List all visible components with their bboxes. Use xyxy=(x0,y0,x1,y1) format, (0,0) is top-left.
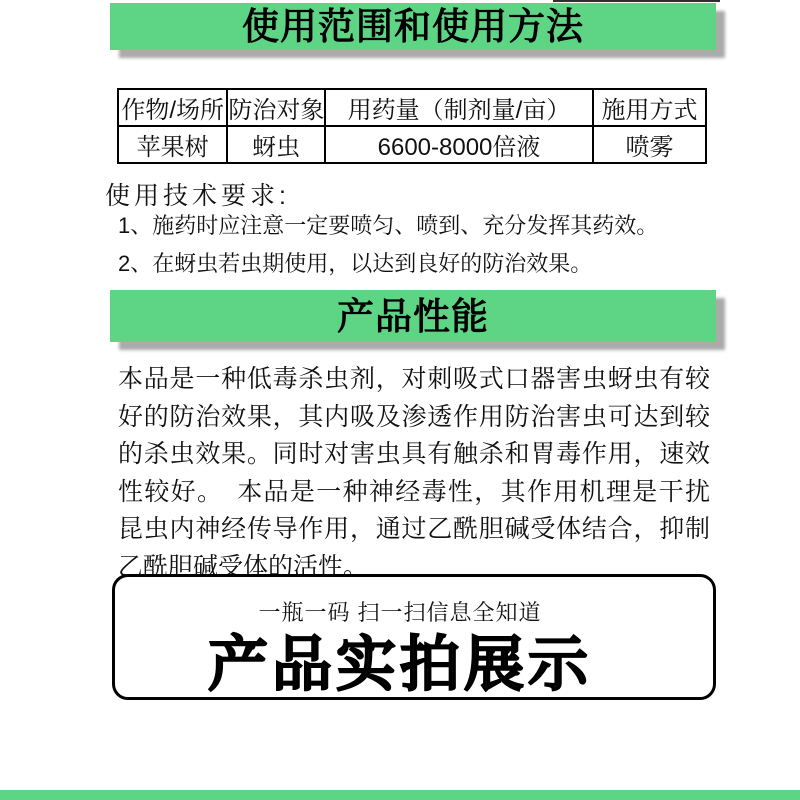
header-control-target: 防治对象 xyxy=(227,89,325,126)
tech-requirement-item-1: 1、施药时应注意一定要喷匀、喷到、充分发挥其药效。 xyxy=(118,213,718,239)
performance-line: 性较好。 本品是一种神经毒性，其作用机理是干扰 xyxy=(118,474,710,512)
bottom-banner-strip xyxy=(0,790,800,800)
performance-section-banner: 产品性能 xyxy=(110,290,716,342)
cell-dosage: 6600-8000倍液 xyxy=(325,126,593,163)
performance-line: 的杀虫效果。同时对害虫具有触杀和胃毒作用，速效 xyxy=(118,436,710,474)
usage-table-data-row: 苹果树 蚜虫 6600-8000倍液 喷雾 xyxy=(118,126,706,163)
usage-section-banner: 使用范围和使用方法 xyxy=(110,3,716,50)
cell-control-target: 蚜虫 xyxy=(227,126,325,163)
usage-table-header-row: 作物/场所 防治对象 用药量（制剂量/亩） 施用方式 xyxy=(118,89,706,126)
tech-requirements-list: 1、施药时应注意一定要喷匀、喷到、充分发挥其药效。 2、在蚜虫若虫期使用，以达到… xyxy=(118,213,718,289)
header-application-method: 施用方式 xyxy=(593,89,706,126)
performance-section-title: 产品性能 xyxy=(337,298,489,335)
tech-requirements-heading: 使用技术要求: xyxy=(105,176,290,212)
performance-line: 昆虫内神经传导作用，通过乙酰胆碱受体结合，抑制 xyxy=(118,511,710,549)
header-crop-location: 作物/场所 xyxy=(118,89,227,126)
header-dosage: 用药量（制剂量/亩） xyxy=(325,89,593,126)
performance-paragraph: 本品是一种低毒杀虫剂，对刺吸式口器害虫蚜虫有较 好的防治效果，其内吸及渗透作用防… xyxy=(118,361,710,586)
usage-table: 作物/场所 防治对象 用药量（制剂量/亩） 施用方式 苹果树 蚜虫 6600-8… xyxy=(117,88,707,164)
product-label-page: 使用范围和使用方法 作物/场所 防治对象 用药量（制剂量/亩） 施用方式 苹果树… xyxy=(0,0,800,800)
showcase-subtitle: 一瓶一码 扫一扫信息全知道 xyxy=(0,596,800,627)
usage-section-title: 使用范围和使用方法 xyxy=(242,8,584,45)
cell-crop-location: 苹果树 xyxy=(118,126,227,163)
tech-requirement-item-2: 2、在蚜虫若虫期使用，以达到良好的防治效果。 xyxy=(118,251,718,277)
performance-line: 好的防治效果，其内吸及渗透作用防治害虫可达到较 xyxy=(118,399,710,437)
showcase-title: 产品实拍展示 xyxy=(0,626,800,704)
cell-application-method: 喷雾 xyxy=(593,126,706,163)
performance-line: 本品是一种低毒杀虫剂，对刺吸式口器害虫蚜虫有较 xyxy=(118,361,710,399)
top-edge-sliver xyxy=(553,0,720,2)
